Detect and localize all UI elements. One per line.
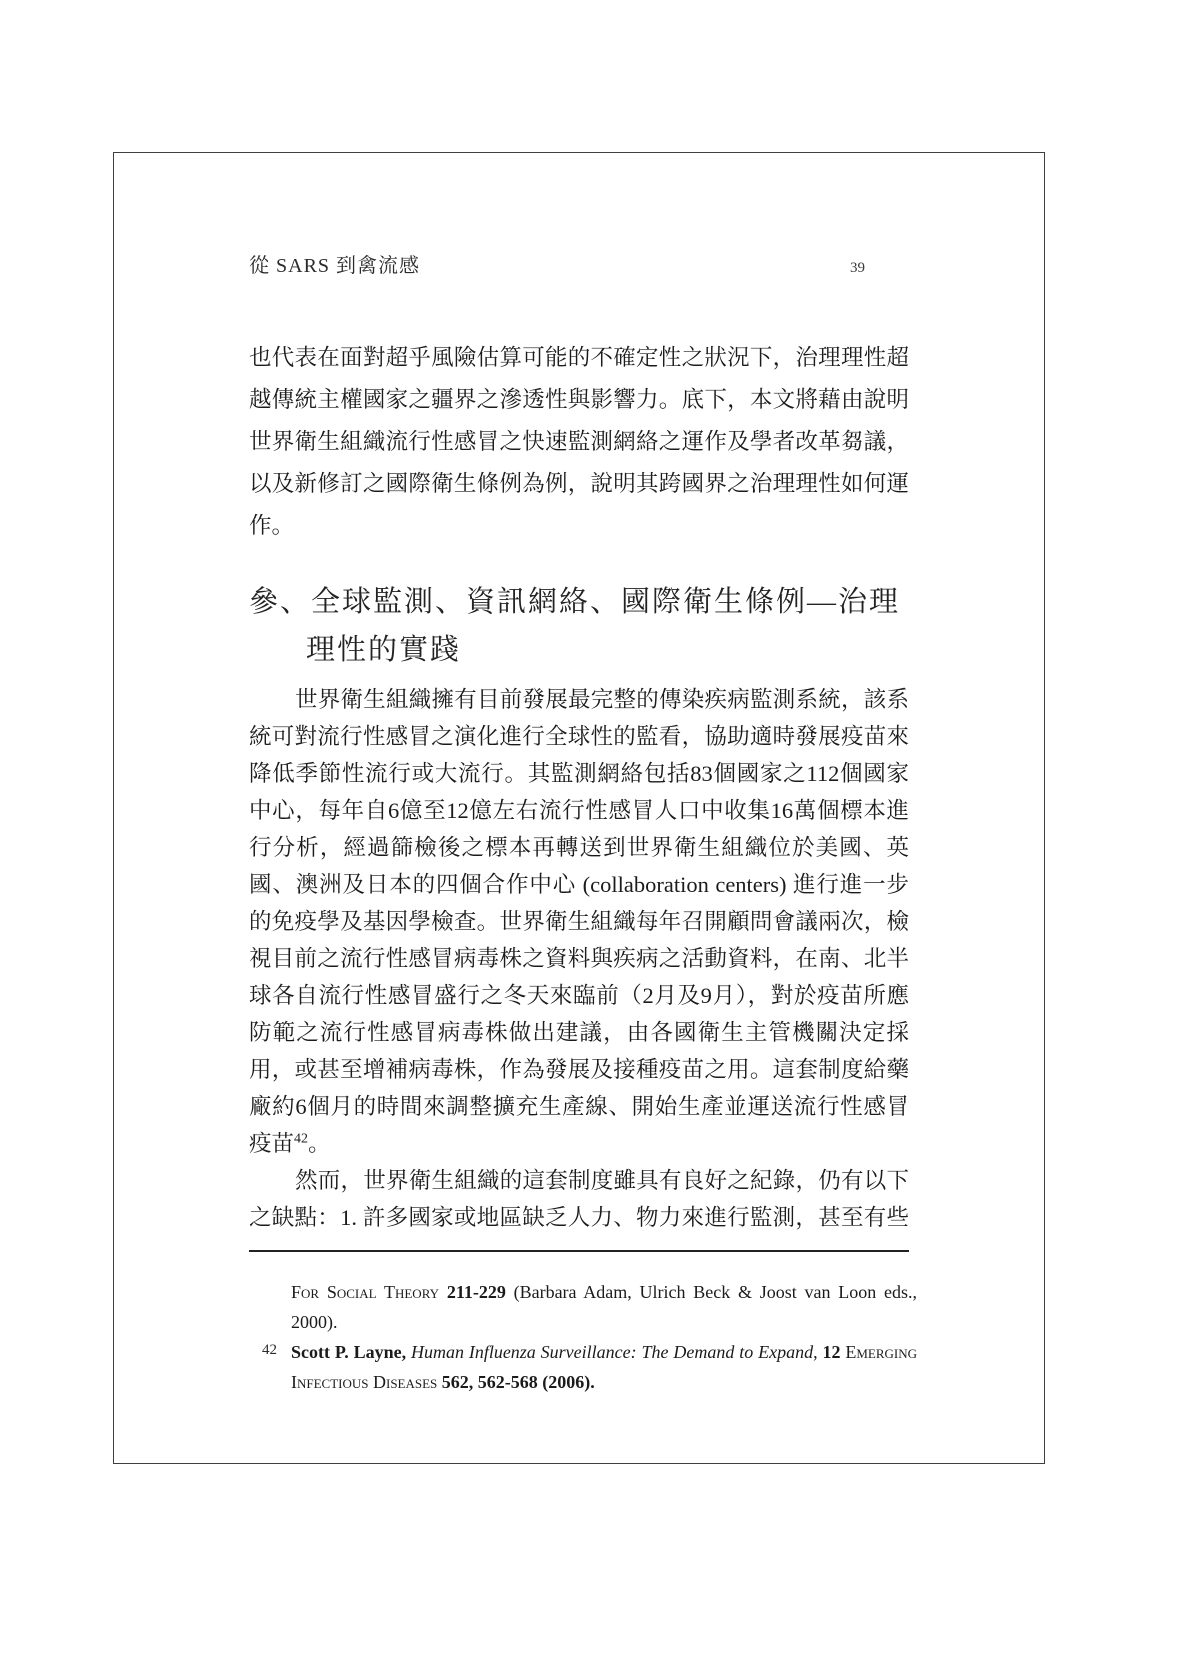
text-line: 球各自流行性感冒盛行之冬天來臨前（2月及9月），對於疫苗所應 xyxy=(249,977,909,1014)
text-line: 國、澳洲及日本的四個合作中心 (collaboration centers) 進… xyxy=(249,866,909,903)
page-header: 從 SARS 到禽流感 39 xyxy=(249,249,909,278)
text-line: 中心，每年自6億至12億左右流行性感冒人口中收集16萬個標本進 xyxy=(249,792,909,829)
footnote: For Social Theory 211-229 (Barbara Adam,… xyxy=(249,1277,917,1337)
footnotes: For Social Theory 211-229 (Barbara Adam,… xyxy=(249,1277,917,1397)
text-line: 也代表在面對超乎風險估算可能的不確定性之狀況下，治理理性超 xyxy=(249,337,909,379)
paragraph-who-surveillance: 世界衛生組織擁有目前發展最完整的傳染疾病監測系統，該系統可對流行性感冒之演化進行… xyxy=(249,681,909,1162)
page-frame: 從 SARS 到禽流感 39 也代表在面對超乎風險估算可能的不確定性之狀況下，治… xyxy=(113,152,1045,1464)
text-segment: 12 xyxy=(822,1342,840,1362)
footnote-separator-rule xyxy=(249,1250,909,1252)
text-line: 視目前之流行性感冒病毒株之資料與疾病之活動資料，在南、北半 xyxy=(249,940,909,977)
text-segment: 211-229 xyxy=(447,1282,506,1302)
text-line: 世界衛生組織流行性感冒之快速監測網絡之運作及學者改革芻議， xyxy=(249,421,909,463)
text-segment: 。 xyxy=(308,1131,331,1156)
text-segment: Infectious Diseases xyxy=(291,1372,437,1392)
text-segment: Emerging xyxy=(845,1342,917,1362)
text-line: 越傳統主權國家之疆界之滲透性與影響力。底下，本文將藉由說明 xyxy=(249,379,909,421)
text-line: 統可對流行性感冒之演化進行全球性的監看，協助適時發展疫苗來 xyxy=(249,718,909,755)
text-line: 疫苗42。 xyxy=(249,1125,909,1162)
page-number: 39 xyxy=(850,260,909,277)
paragraph-governance-intro: 也代表在面對超乎風險估算可能的不確定性之狀況下，治理理性超越傳統主權國家之疆界之… xyxy=(249,337,909,547)
text-line: 理性的實踐 xyxy=(249,626,929,674)
paragraph-system-shortcomings: 然而，世界衛生組織的這套制度雖具有良好之紀錄，仍有以下之缺點：1. 許多國家或地… xyxy=(249,1162,909,1236)
text-line: 用，或甚至增補病毒株，作為發展及接種疫苗之用。這套制度給藥 xyxy=(249,1051,909,1088)
text-line: 以及新修訂之國際衛生條例為例，說明其跨國界之治理理性如何運 xyxy=(249,463,909,505)
text-segment: 562, 562-568 (2006). xyxy=(442,1372,595,1392)
text-segment: 疫苗 xyxy=(249,1131,294,1156)
footnote: 42Scott P. Layne, Human Influenza Survei… xyxy=(249,1337,917,1397)
text-line: 作。 xyxy=(249,505,909,547)
text-line: 世界衛生組織擁有目前發展最完整的傳染疾病監測系統，該系 xyxy=(249,681,909,718)
footnote-line: Infectious Diseases 562, 562-568 (2006). xyxy=(291,1367,917,1397)
text-segment: 42 xyxy=(294,1132,308,1147)
text-line: 防範之流行性感冒病毒株做出建議，由各國衛生主管機關決定採 xyxy=(249,1014,909,1051)
text-line: 參、全球監測、資訊網絡、國際衛生條例—治理 xyxy=(249,578,929,626)
text-segment xyxy=(439,1282,447,1302)
text-segment: 2000). xyxy=(291,1312,338,1332)
section-heading: 參、全球監測、資訊網絡、國際衛生條例—治理理性的實踐 xyxy=(249,578,929,674)
text-segment: (Barbara Adam, Ulrich Beck & Joost van L… xyxy=(506,1282,917,1302)
running-title: 從 SARS 到禽流感 xyxy=(249,249,420,278)
text-segment: For Social Theory xyxy=(291,1282,439,1302)
text-line: 之缺點：1. 許多國家或地區缺乏人力、物力來進行監測，甚至有些 xyxy=(249,1199,909,1236)
text-line: 降低季節性流行或大流行。其監測網絡包括83個國家之112個國家 xyxy=(249,755,909,792)
footnote-marker: 42 xyxy=(262,1335,277,1365)
text-segment: Human Influenza Surveillance: The Demand… xyxy=(411,1342,813,1362)
footnote-line: Scott P. Layne, Human Influenza Surveill… xyxy=(291,1337,917,1367)
footnote-line: For Social Theory 211-229 (Barbara Adam,… xyxy=(291,1277,917,1307)
footnote-line: 2000). xyxy=(291,1307,917,1337)
text-segment: Scott P. Layne, xyxy=(291,1342,406,1362)
text-line: 廠約6個月的時間來調整擴充生產線、開始生產並運送流行性感冒 xyxy=(249,1088,909,1125)
text-line: 行分析，經過篩檢後之標本再轉送到世界衛生組織位於美國、英 xyxy=(249,829,909,866)
text-line: 的免疫學及基因學檢查。世界衛生組織每年召開顧問會議兩次，檢 xyxy=(249,903,909,940)
text-line: 然而，世界衛生組織的這套制度雖具有良好之紀錄，仍有以下 xyxy=(249,1162,909,1199)
